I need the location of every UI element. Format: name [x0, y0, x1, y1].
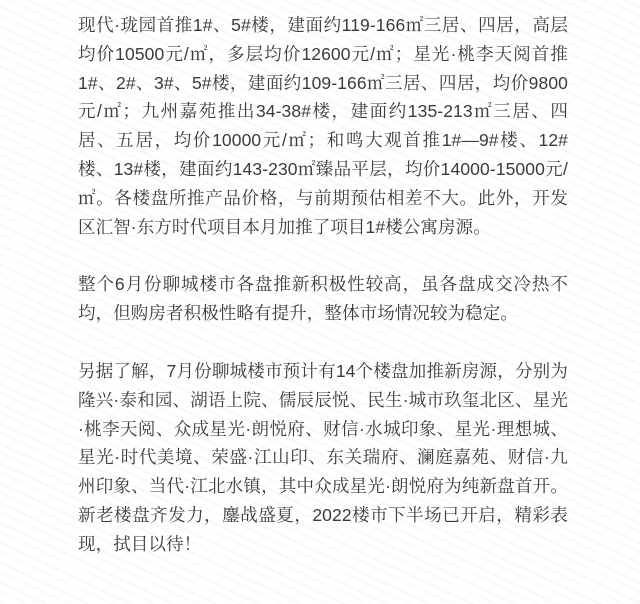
paragraph-june-market-summary: 整个6月份聊城楼市各盘推新积极性较高，虽各盘成交冷热不均，但购房者积极性略有提升… [78, 270, 568, 328]
article-body: 现代·珑园首推1#、5#楼，建面约119-166㎡三居、四居，高层均价10500… [78, 11, 568, 559]
article-page: 现代·珑园首推1#、5#楼，建面约119-166㎡三居、四居，高层均价10500… [0, 0, 640, 604]
paragraph-july-forecast: 另据了解，7月份聊城楼市预计有14个楼盘加推新房源，分别为隆兴·泰和园、湖语上院… [78, 357, 568, 559]
paragraph-new-launch-prices: 现代·珑园首推1#、5#楼，建面约119-166㎡三居、四居，高层均价10500… [78, 11, 568, 241]
